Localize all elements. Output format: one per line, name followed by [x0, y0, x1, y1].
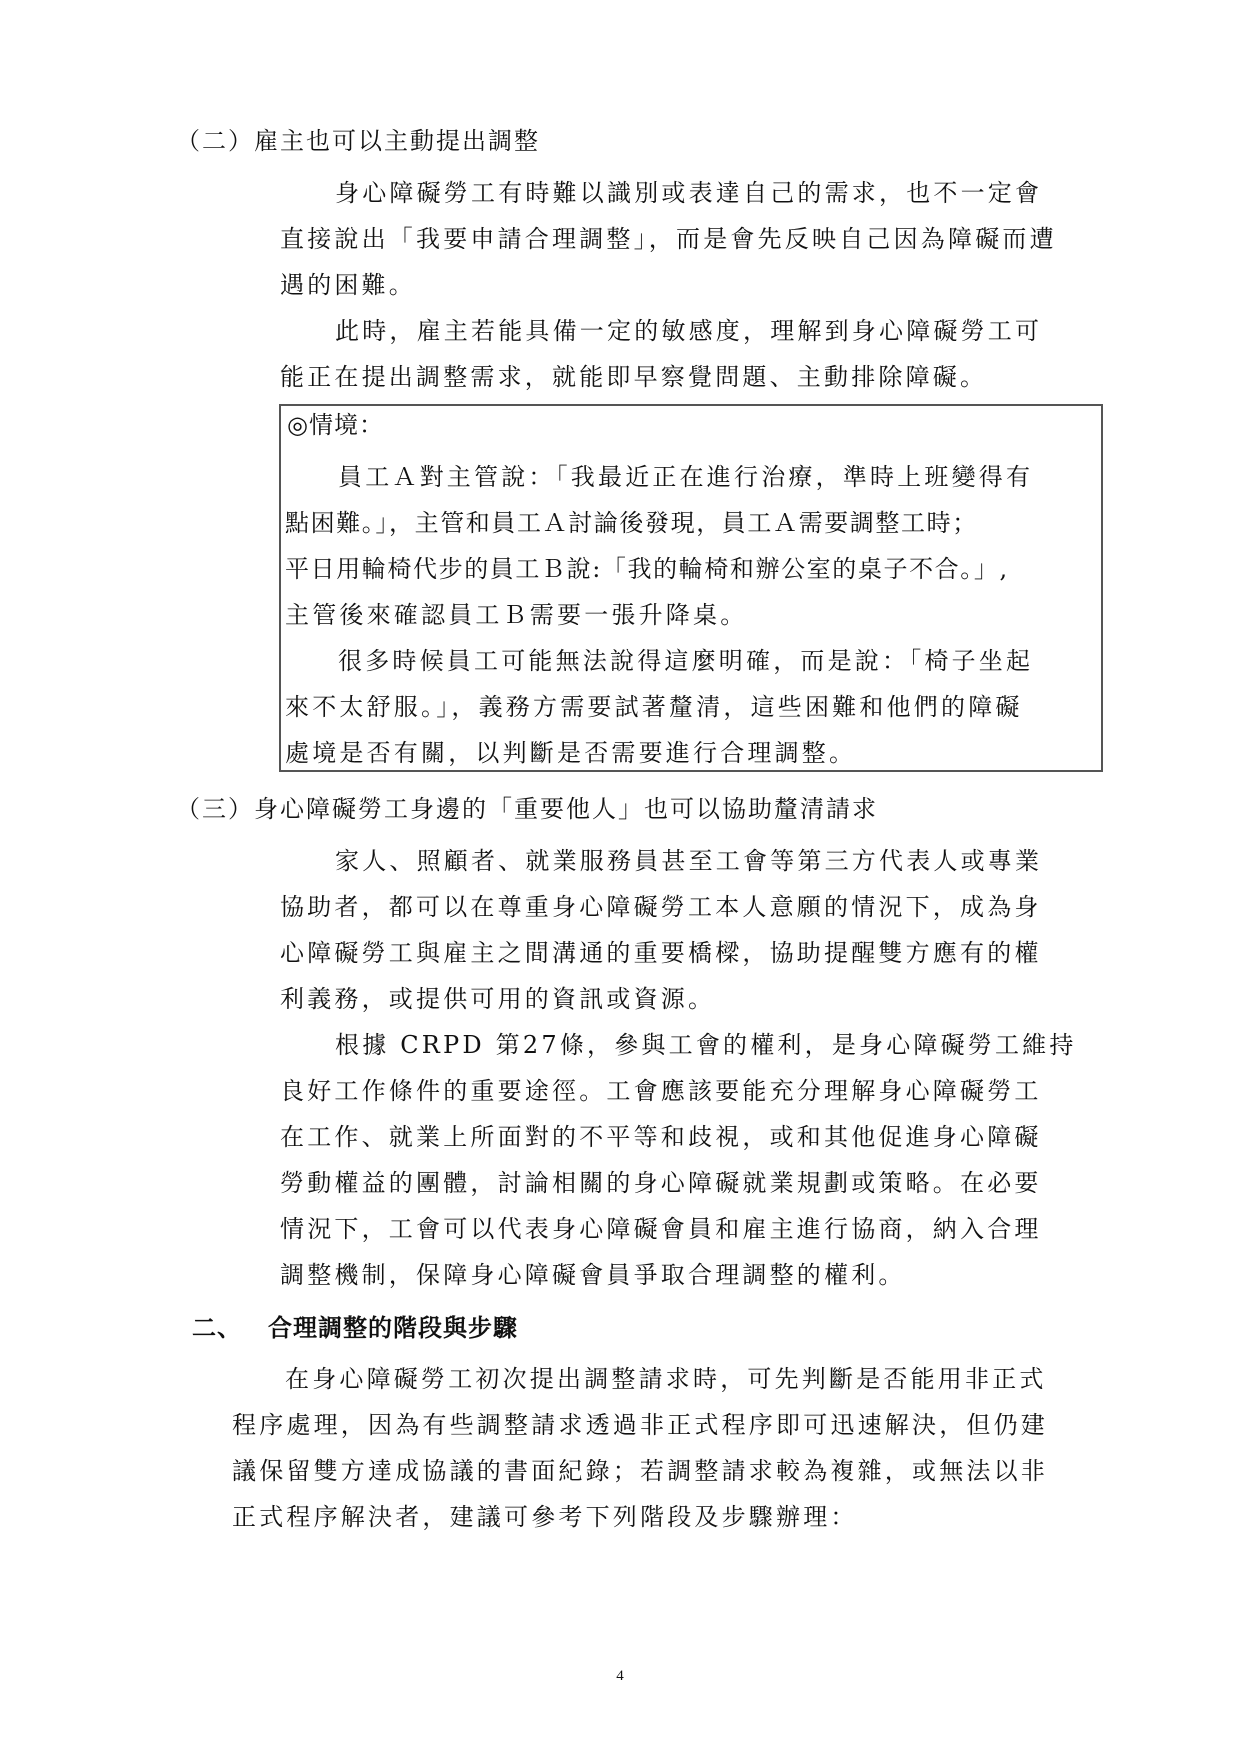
section-heading-significant-others: （三）身心障礙勞工身邊的「重要他人」也可以協助釐清請求 [176, 794, 878, 824]
paragraph-line: 程序處理，因為有些調整請求透過非正式程序即可迅速解決，但仍建 [232, 1410, 1048, 1440]
paragraph-line: 議保留雙方達成協議的書面紀錄；若調整請求較為複雜，或無法以非 [232, 1456, 1048, 1486]
paragraph-line: 正式程序解決者，建議可參考下列階段及步驟辦理： [232, 1502, 858, 1532]
paragraph-line: 根據 CRPD 第27條，參與工會的權利，是身心障礙勞工維持 [335, 1030, 1077, 1060]
scenario-title: ◎情境： [287, 410, 384, 440]
scenario-line: 點困難。」，主管和員工Ａ討論後發現，員工Ａ需要調整工時； [285, 508, 978, 538]
scenario-line: 員工Ａ對主管說：「我最近正在進行治療，準時上班變得有 [338, 462, 1033, 492]
paragraph-line: 身心障礙勞工有時難以識別或表達自己的需求，也不一定會 [335, 178, 1042, 208]
paragraph-line: 能正在提出調整需求，就能即早察覺問題、主動排除障礙。 [280, 362, 987, 392]
paragraph-line: 此時，雇主若能具備一定的敏感度，理解到身心障礙勞工可 [335, 316, 1042, 346]
paragraph-line: 直接說出「我要申請合理調整」，而是會先反映自己因為障礙而遭 [280, 224, 1057, 254]
scenario-line: 平日用輪椅代步的員工Ｂ說:「我的輪椅和辦公室的桌子不合。」, [285, 554, 1009, 584]
paragraph-line: 心障礙勞工與雇主之間溝通的重要橋樑，協助提醒雙方應有的權 [280, 938, 1042, 968]
paragraph-line: 協助者，都可以在尊重身心障礙勞工本人意願的情況下，成為身 [280, 892, 1042, 922]
chapter-number: 二、 [192, 1313, 242, 1343]
chapter-title: 合理調整的階段與步驟 [268, 1313, 518, 1343]
paragraph-line: 調整機制，保障身心障礙會員爭取合理調整的權利。 [280, 1260, 906, 1290]
paragraph-line: 利義務，或提供可用的資訊或資源。 [280, 984, 715, 1014]
scenario-line: 來不太舒服。」，義務方需要試著釐清，這些困難和他們的障礙 [285, 692, 1023, 722]
scenario-line: 處境是否有關，以判斷是否需要進行合理調整。 [285, 738, 856, 768]
paragraph-line: 情況下，工會可以代表身心障礙會員和雇主進行協商，納入合理 [280, 1214, 1042, 1244]
page-number: 4 [0, 1666, 1240, 1686]
paragraph-line: 在身心障礙勞工初次提出調整請求時，可先判斷是否能用非正式 [285, 1364, 1047, 1394]
paragraph-line: 勞動權益的團體，討論相關的身心障礙就業規劃或策略。在必要 [280, 1168, 1042, 1198]
paragraph-line: 良好工作條件的重要途徑。工會應該要能充分理解身心障礙勞工 [280, 1076, 1042, 1106]
paragraph-line: 家人、照顧者、就業服務員甚至工會等第三方代表人或專業 [335, 846, 1042, 876]
paragraph-line: 遇的困難。 [280, 270, 416, 300]
scenario-line: 主管後來確認員工Ｂ需要一張升降桌。 [285, 600, 747, 630]
paragraph-line: 在工作、就業上所面對的不平等和歧視，或和其他促進身心障礙 [280, 1122, 1042, 1152]
section-heading-employer-initiative: （二）雇主也可以主動提出調整 [176, 126, 540, 156]
scenario-line: 很多時候員工可能無法說得這麼明確，而是說：「椅子坐起 [338, 646, 1033, 676]
